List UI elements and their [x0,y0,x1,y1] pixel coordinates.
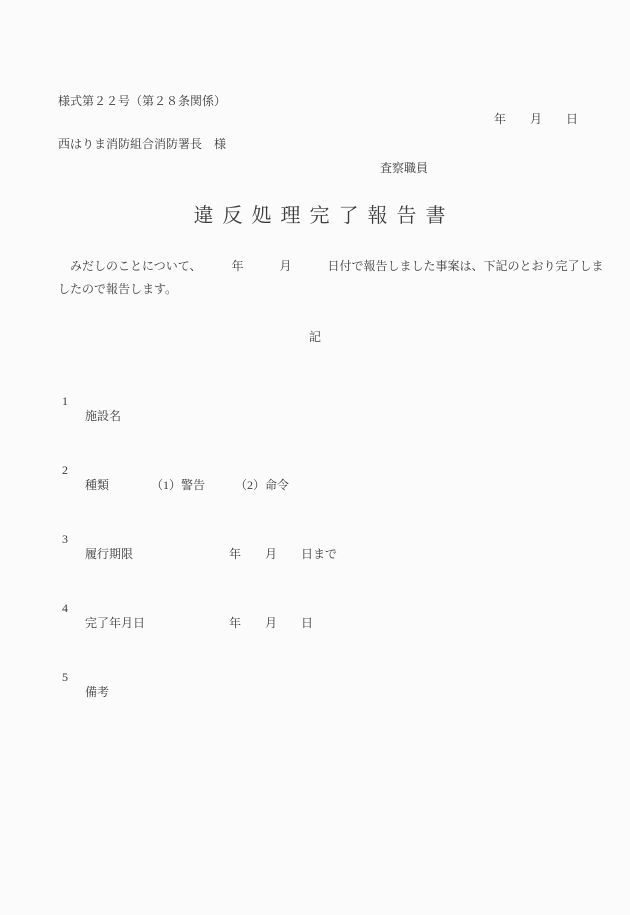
item-number: 4 [62,601,68,617]
document-page: 様式第２２号（第２８条関係） 年 月 日 西はりま消防組合消防署長 様 査察職員… [0,0,630,915]
item-number: 2 [62,463,68,479]
addressee-line: 西はりま消防組合消防署長 様 [58,137,226,153]
item-text: 種類 （1）警告 （2）命令 [85,478,289,494]
document-title: 違反処理完了報告書 [0,199,630,228]
list-item-deadline: 3 履行期限 年 月 日まで [0,516,12,578]
item-number: 1 [62,394,68,410]
item-number: 5 [62,670,68,686]
form-number: 様式第２２号（第２８条関係） [58,94,226,110]
item-text: 備考 [85,685,109,701]
item-text: 履行期限 年 月 日まで [85,547,337,563]
ki-heading: 記 [0,330,630,346]
inspector-label: 査察職員 [380,161,428,177]
date-line: 年 月 日 [494,112,578,128]
body-paragraph-line2: したので報告します。 [58,282,177,298]
list-item-facility-name: 1 施設名 [0,378,12,440]
item-number: 3 [62,532,68,548]
item-text: 完了年月日 年 月 日 [85,616,313,632]
item-text: 施設名 [85,409,121,425]
list-item-remarks: 5 備考 [0,654,12,716]
body-paragraph-line1: みだしのことについて、 年 月 日付で報告しました事案は、下記のとおり完了しま [58,259,604,275]
list-item-type: 2 種類 （1）警告 （2）命令 [0,447,12,509]
list-item-completion-date: 4 完了年月日 年 月 日 [0,585,12,647]
